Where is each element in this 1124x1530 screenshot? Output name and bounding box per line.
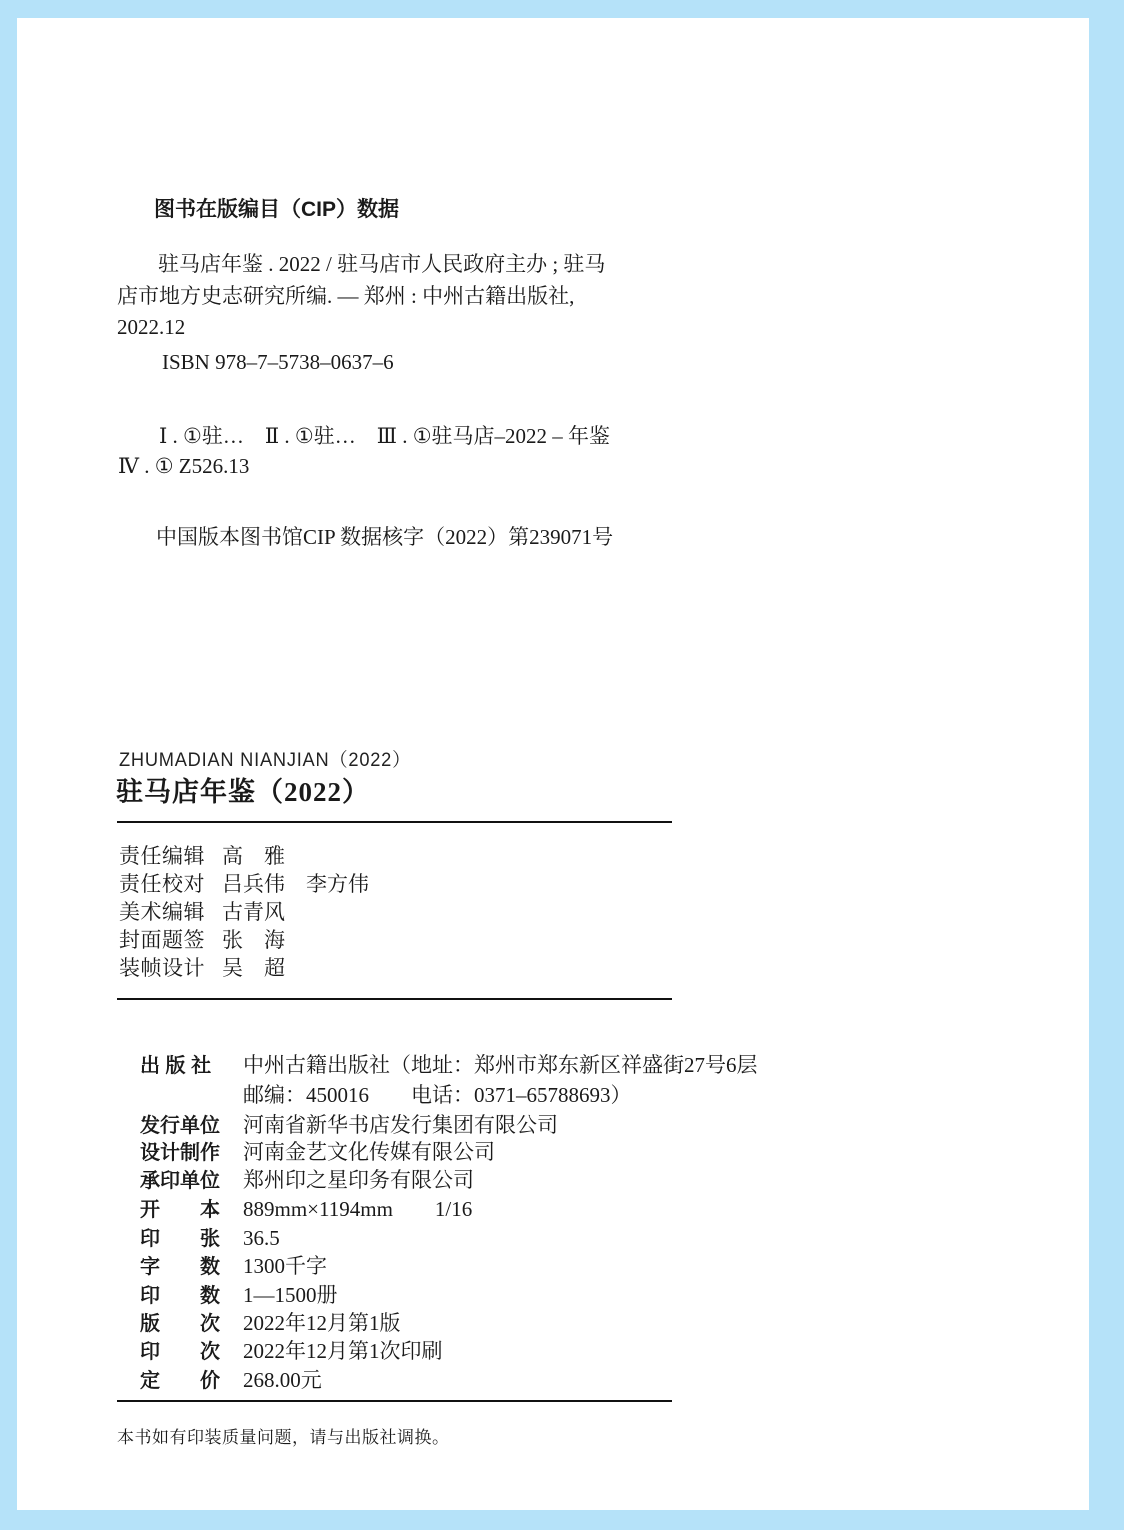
divider-top — [117, 821, 672, 823]
footer-note: 本书如有印装质量问题，请与出版社调换。 — [117, 1423, 450, 1448]
title-chinese: 驻马店年鉴（2022） — [116, 770, 370, 809]
credit-row: 封面题签张 海 — [119, 924, 285, 954]
publication-value: 268.00元 — [243, 1368, 322, 1392]
cip-line-1: 驻马店年鉴 . 2022 / 驻马店市人民政府主办 ; 驻马 — [158, 248, 605, 278]
publication-label: 定 价 — [140, 1364, 243, 1393]
credit-label: 封面题签 — [119, 924, 222, 954]
credit-value: 张 海 — [222, 928, 285, 952]
title-pinyin: ZHUMADIAN NIANJIAN（2022） — [119, 745, 411, 772]
credit-row: 责任编辑高 雅 — [119, 840, 285, 870]
credit-label: 责任校对 — [119, 868, 222, 898]
cip-line-3: 2022.12 — [117, 315, 185, 340]
classification-line-1: Ⅰ . ①驻… Ⅱ . ①驻… Ⅲ . ①驻马店–2022 – 年鉴 — [159, 420, 610, 450]
divider-bottom — [117, 1400, 672, 1402]
classification-line-2: Ⅳ . ① Z526.13 — [118, 454, 249, 479]
credit-value: 吴 超 — [222, 956, 285, 980]
credit-label: 责任编辑 — [119, 840, 222, 870]
credit-value: 古青风 — [222, 900, 285, 924]
credit-value: 高 雅 — [222, 844, 285, 868]
divider-middle — [117, 998, 672, 1000]
credit-label: 装帧设计 — [119, 952, 222, 982]
credit-value: 吕兵伟 李方伟 — [222, 872, 369, 896]
book-page-paper: 图书在版编目（CIP）数据 驻马店年鉴 . 2022 / 驻马店市人民政府主办 … — [17, 18, 1089, 1510]
copyright-page: { "page": { "border_color": "#b5e2f9", "… — [0, 0, 1124, 1530]
credit-row: 责任校对吕兵伟 李方伟 — [119, 868, 369, 898]
cip-header: 图书在版编目（CIP）数据 — [154, 193, 399, 223]
credit-row: 装帧设计吴 超 — [119, 952, 285, 982]
credit-label: 美术编辑 — [119, 896, 222, 926]
cip-registry-number: 中国版本图书馆CIP 数据核字（2022）第239071号 — [156, 521, 613, 551]
credit-row: 美术编辑古青风 — [119, 896, 285, 926]
isbn-line: ISBN 978–7–5738–0637–6 — [162, 350, 394, 375]
publication-row: 定 价268.00元 — [119, 1339, 322, 1419]
cip-line-2: 店市地方史志研究所编. –– 郑州 : 中州古籍出版社, — [117, 280, 574, 310]
